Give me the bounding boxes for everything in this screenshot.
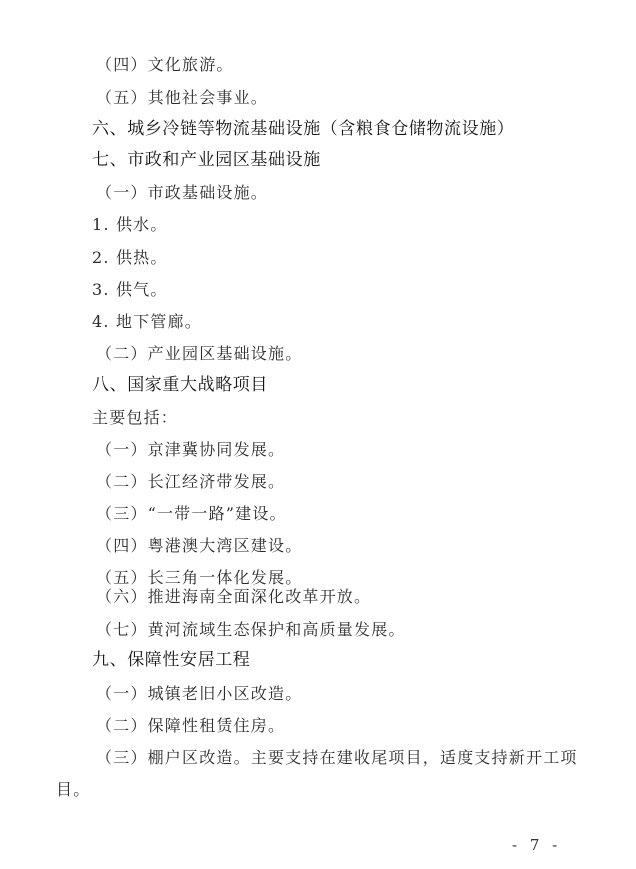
list-item-jingjinji: （一）京津冀协同发展。 — [96, 440, 285, 460]
list-item-gas: 3. 供气。 — [92, 280, 168, 300]
section-heading-7: 七、市政和产业园区基础设施 — [92, 150, 321, 170]
list-item-shantytown: （三）棚户区改造。主要支持在建收尾项目，适度支持新开工项 — [96, 748, 578, 768]
list-item-hainan: （六）推进海南全面深化改革开放。 — [96, 587, 371, 607]
list-item-shantytown-cont: 目。 — [56, 780, 90, 800]
page-number: - 7 - — [512, 836, 561, 854]
list-item-industrial-park: （二）产业园区基础设施。 — [96, 344, 302, 364]
list-item-water-supply: 1. 供水。 — [92, 215, 168, 235]
list-item-pipe-gallery: 4. 地下管廊。 — [92, 312, 202, 332]
list-item-greater-bay: （四）粤港澳大湾区建设。 — [96, 536, 302, 556]
list-item-municipal: （一）市政基础设施。 — [96, 183, 268, 203]
section-heading-6: 六、城乡冷链等物流基础设施（含粮食仓储物流设施） — [92, 119, 514, 139]
list-item-rental-housing: （二）保障性租赁住房。 — [96, 716, 285, 736]
intro-text: 主要包括： — [92, 408, 178, 428]
list-item-yellow-river: （七）黄河流域生态保护和高质量发展。 — [96, 620, 406, 640]
section-heading-8: 八、国家重大战略项目 — [92, 375, 268, 395]
list-item-yangtze: （二）长江经济带发展。 — [96, 472, 285, 492]
list-item-belt-road: （三）“一带一路”建设。 — [96, 504, 287, 524]
list-item-old-community: （一）城镇老旧小区改造。 — [96, 684, 302, 704]
list-item-other-social: （五）其他社会事业。 — [96, 88, 268, 108]
list-item-culture-tourism: （四）文化旅游。 — [96, 55, 234, 75]
list-item-yangtze-delta: （五）长三角一体化发展。 — [96, 568, 302, 588]
section-heading-9: 九、保障性安居工程 — [92, 650, 250, 670]
list-item-heating: 2. 供热。 — [92, 248, 168, 268]
